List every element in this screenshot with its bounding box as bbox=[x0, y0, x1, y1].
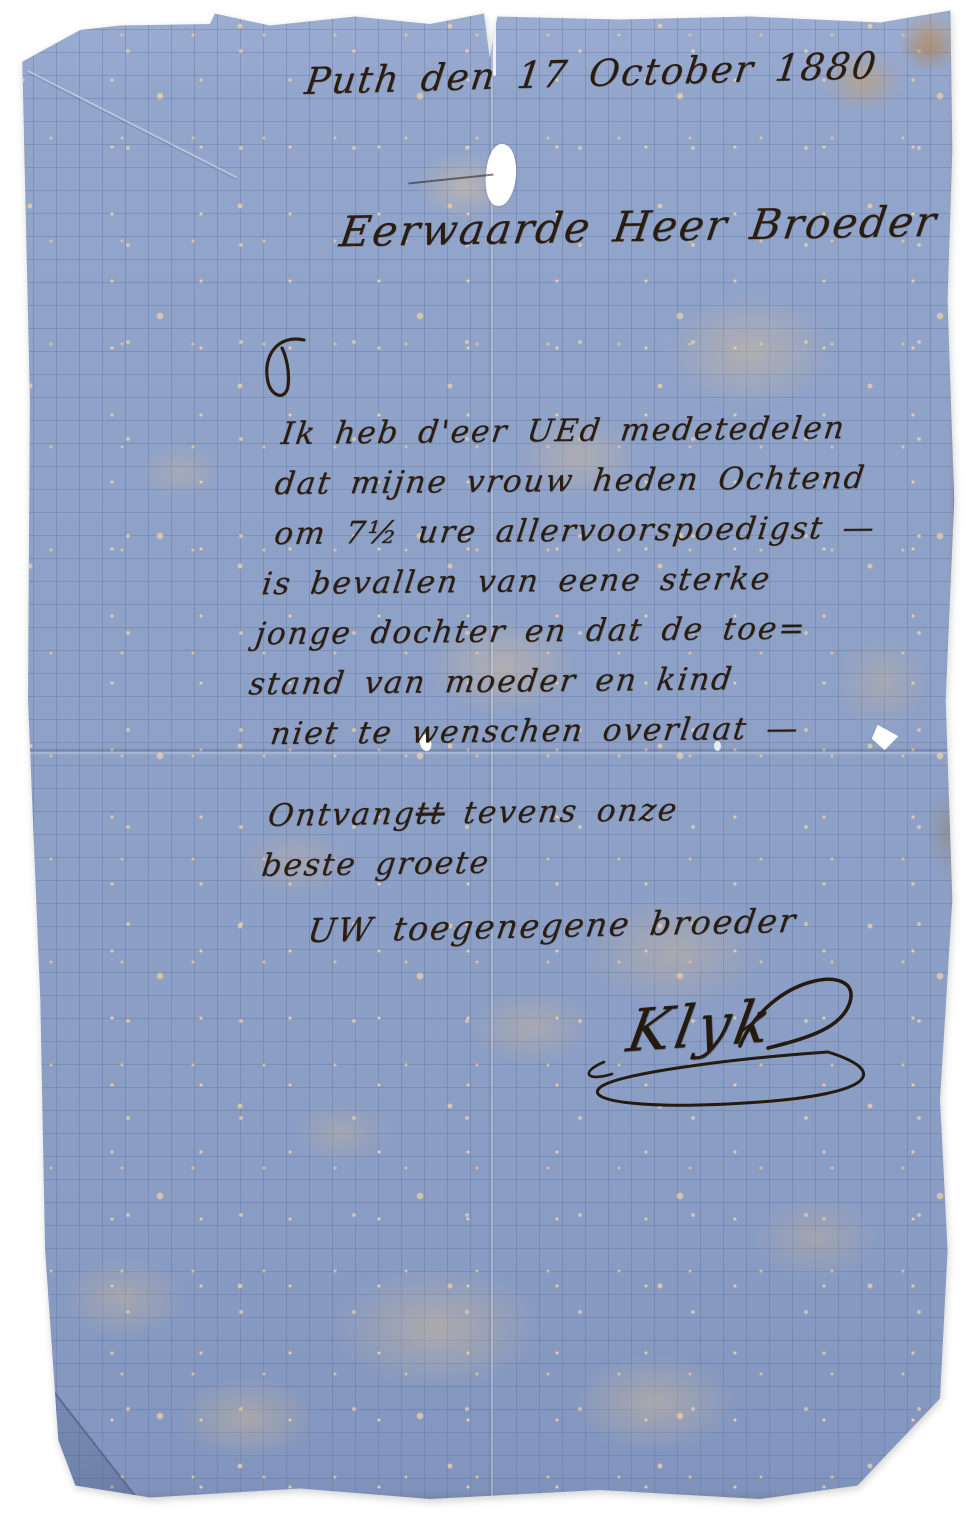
greeting-post: tevens onze bbox=[442, 792, 680, 831]
signature-block: Klyk bbox=[540, 954, 900, 1124]
greeting-pre: Ontvang bbox=[266, 796, 418, 834]
scanned-letter-photo: Puth den 17 October 1880 Eerwaarde Heer … bbox=[0, 0, 975, 1513]
body-line: om 7½ ure allervoorspoedigst — bbox=[271, 503, 879, 559]
paper-shadow-wrap: Puth den 17 October 1880 Eerwaarde Heer … bbox=[0, 0, 975, 1513]
body-line: dat mijne vrouw heden Ochtend bbox=[272, 453, 886, 509]
body-line: stand van moeder en kind bbox=[246, 653, 860, 709]
greeting-line: Ontvangtt tevens onze bbox=[265, 785, 681, 841]
greeting-line: beste groete bbox=[259, 835, 675, 891]
signature: Klyk bbox=[622, 986, 780, 1065]
letter-paper: Puth den 17 October 1880 Eerwaarde Heer … bbox=[10, 6, 958, 1508]
body-line: Ik heb d'eer UEd medetedelen bbox=[278, 403, 892, 459]
body-line: is bevallen van eene sterke bbox=[259, 553, 873, 609]
greeting-paragraph: Ontvangtt tevens onze beste groete bbox=[259, 785, 682, 891]
body-line: jonge dochter en dat de toe= bbox=[252, 603, 866, 659]
body-line: niet te wenschen overlaat — bbox=[267, 703, 853, 759]
letter-body: Ik heb d'eer UEd medetedelen dat mijne v… bbox=[239, 403, 892, 760]
ink-flourish-icon bbox=[258, 334, 320, 410]
